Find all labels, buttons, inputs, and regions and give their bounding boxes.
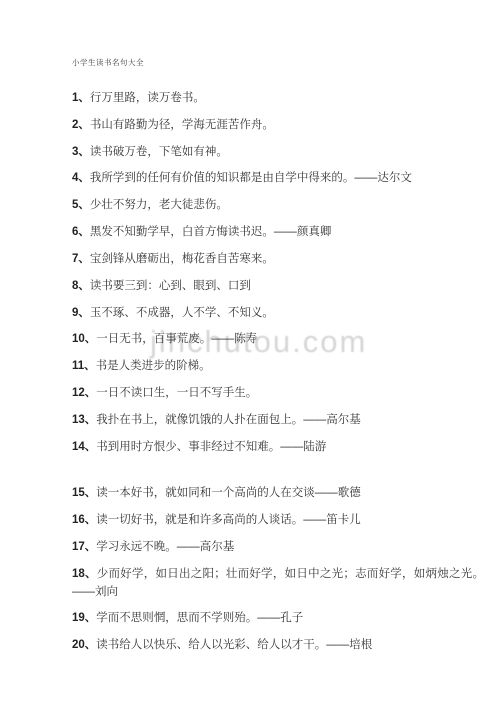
list-item: 11、书是人类进步的阶梯。 — [72, 358, 484, 376]
quote-text: 读书给人以快乐、给人以光彩、给人以才干。——培根 — [96, 639, 372, 651]
quote-number: 3、 — [72, 146, 90, 158]
list-item: 7、宝剑锋从磨砺出，梅花香自苦寒来。 — [72, 251, 484, 269]
quote-number: 8、 — [72, 280, 90, 292]
quote-number: 15、 — [72, 487, 96, 499]
list-item: 2、书山有路勤为径，学海无涯苦作舟。 — [72, 117, 484, 135]
document-page: 小学生读书名句大全 jinchutou.com 1、行万里路，读万卷书。 2、书… — [0, 0, 500, 708]
quote-number: 13、 — [72, 414, 96, 426]
list-item: 15、读一本好书，就如同和一个高尚的人在交谈——歌德 — [72, 485, 484, 503]
quote-text: 少壮不努力，老大徒悲伤。 — [90, 199, 228, 211]
quote-text: 玉不琢、不成器，人不学、不知义。 — [90, 307, 274, 319]
quote-number: 10、 — [72, 333, 96, 345]
quote-text: 读书破万卷，下笔如有神。 — [90, 146, 228, 158]
quote-number: 19、 — [72, 612, 96, 624]
quote-text: 少而好学，如日出之阳；壮而好学，如日中之光；志而好学，如炳烛之光。——刘向 — [72, 568, 484, 598]
list-item: 19、学而不思则惘，思而不学则殆。——孔子 — [72, 610, 484, 628]
quote-text: 行万里路，读万卷书。 — [90, 92, 205, 104]
list-item: 9、玉不琢、不成器，人不学、不知义。 — [72, 305, 484, 323]
quote-text: 读书要三到：心到、眼到、口到 — [90, 280, 251, 292]
quote-text: 读一切好书，就是和许多高尚的人谈话。——笛卡儿 — [96, 514, 361, 526]
quote-text: 黑发不知勤学早，白首方悔读书迟。——颜真卿 — [90, 226, 332, 238]
quote-number: 6、 — [72, 226, 90, 238]
quote-text: 宝剑锋从磨砺出，梅花香自苦寒来。 — [90, 253, 274, 265]
quote-text: 我扑在书上，就像饥饿的人扑在面包上。——高尔基 — [96, 414, 361, 426]
quote-text: 一日不读口生，一日不写手生。 — [96, 387, 257, 399]
page-title: 小学生读书名句大全 — [72, 57, 144, 68]
quote-number: 16、 — [72, 514, 96, 526]
quote-number: 18、 — [72, 568, 97, 580]
list-item: 16、读一切好书，就是和许多高尚的人谈话。——笛卡儿 — [72, 512, 484, 530]
quote-number: 4、 — [72, 172, 90, 184]
list-item: 13、我扑在书上，就像饥饿的人扑在面包上。——高尔基 — [72, 412, 484, 430]
list-item: 4、我所学到的任何有价值的知识都是由自学中得来的。——达尔文 — [72, 170, 484, 188]
quote-number: 7、 — [72, 253, 90, 265]
quote-text: 书是人类进步的阶梯。 — [96, 360, 211, 372]
quote-number: 17、 — [72, 541, 96, 553]
quote-text: 书山有路勤为径，学海无涯苦作舟。 — [90, 119, 274, 131]
quote-text: 书到用时方恨少、事非经过不知难。——陆游 — [96, 441, 326, 453]
list-item: 14、书到用时方恨少、事非经过不知难。——陆游 — [72, 439, 484, 457]
quote-text: 一日无书，百事荒废。——陈寿 — [96, 333, 257, 345]
list-item: 18、少而好学，如日出之阳；壮而好学，如日中之光；志而好学，如炳烛之光。——刘向 — [72, 566, 484, 602]
quote-text: 学习永远不晚。——高尔基 — [96, 541, 234, 553]
list-item: 12、一日不读口生，一日不写手生。 — [72, 385, 484, 403]
quote-text: 读一本好书，就如同和一个高尚的人在交谈——歌德 — [96, 487, 361, 499]
list-item: 3、读书破万卷，下笔如有神。 — [72, 144, 484, 162]
list-item: 1、行万里路，读万卷书。 — [72, 90, 484, 108]
quote-number: 12、 — [72, 387, 96, 399]
quote-text: 学而不思则惘，思而不学则殆。——孔子 — [96, 612, 303, 624]
quote-number: 1、 — [72, 92, 90, 104]
quote-number: 14、 — [72, 441, 96, 453]
quote-text: 我所学到的任何有价值的知识都是由自学中得来的。——达尔文 — [90, 172, 412, 184]
list-item: 8、读书要三到：心到、眼到、口到 — [72, 278, 484, 296]
quote-number: 5、 — [72, 199, 90, 211]
list-item: 6、黑发不知勤学早，白首方悔读书迟。——颜真卿 — [72, 224, 484, 242]
list-item: 17、学习永远不晚。——高尔基 — [72, 539, 484, 557]
list-item: 10、一日无书，百事荒废。——陈寿 — [72, 331, 484, 349]
quote-number: 9、 — [72, 307, 90, 319]
list-item: 5、少壮不努力，老大徒悲伤。 — [72, 197, 484, 215]
list-item: 20、读书给人以快乐、给人以光彩、给人以才干。——培根 — [72, 637, 484, 655]
quote-number: 20、 — [72, 639, 96, 651]
quote-list: 1、行万里路，读万卷书。 2、书山有路勤为径，学海无涯苦作舟。 3、读书破万卷，… — [72, 90, 484, 664]
quote-number: 11、 — [72, 360, 96, 372]
quote-number: 2、 — [72, 119, 90, 131]
